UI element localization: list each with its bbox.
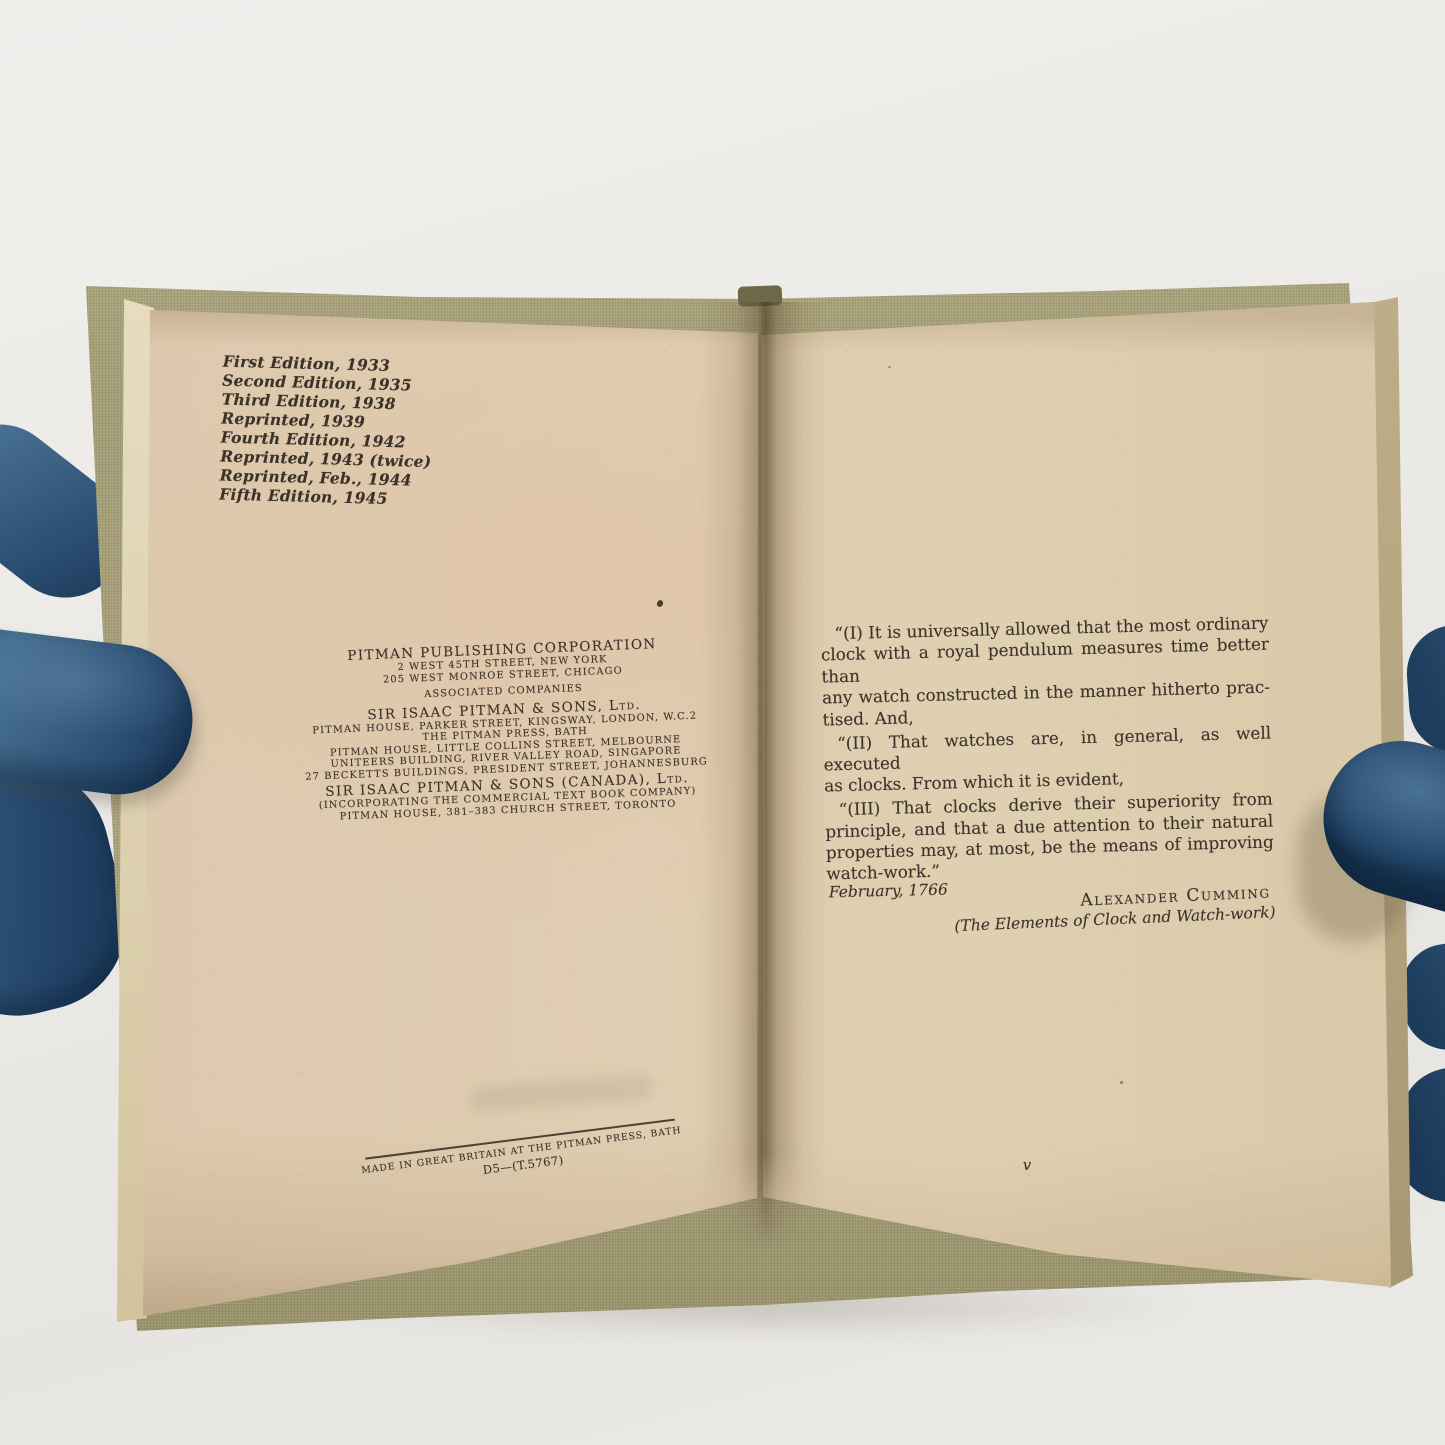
page-number: v	[1012, 1158, 1042, 1174]
right-glove-finger-top	[1404, 620, 1445, 757]
edition-history-block: First Edition, 1933 Second Edition, 1935…	[219, 352, 563, 513]
quotation-block: “(I) It is universally allowed that the …	[820, 613, 1276, 937]
foxing-speck	[1120, 1081, 1123, 1084]
foxing-speck	[888, 366, 891, 368]
quote-paragraph-3: “(III) That clocks derive their superior…	[825, 789, 1275, 886]
publisher-imprint-block: PITMAN PUBLISHING CORPORATION 2 WEST 45T…	[265, 633, 745, 825]
quote-date: February, 1766	[829, 880, 948, 901]
quote-paragraph-1: “(I) It is universally allowed that the …	[820, 613, 1270, 731]
book-photo: First Edition, 1933 Second Edition, 1935…	[0, 0, 1445, 1445]
quote-paragraph-2: “(II) That watches are, in general, as w…	[823, 722, 1272, 797]
